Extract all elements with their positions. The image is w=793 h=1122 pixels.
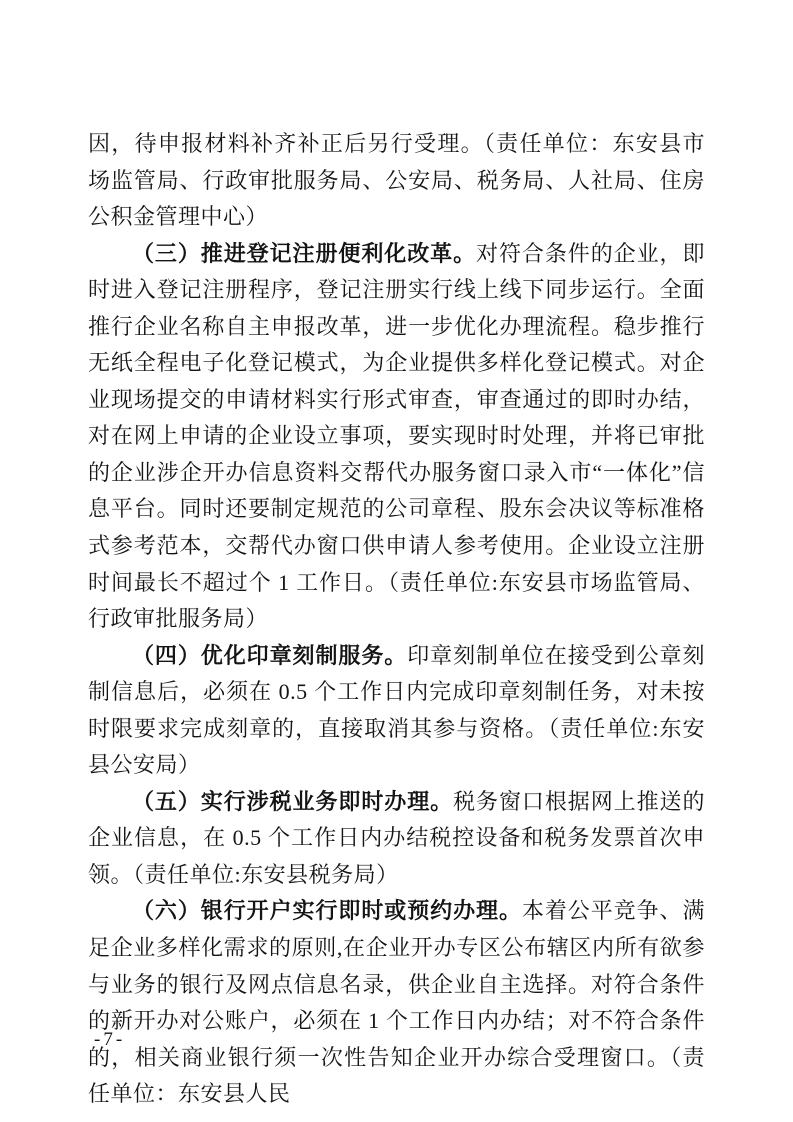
document-body: 因，待申报材料补齐补正后另行受理。（责任单位：东安县市场监管局、行政审批服务局、… xyxy=(88,126,705,1113)
paragraph-section-5: （五）实行涉税业务即时办理。税务窗口根据网上推送的企业信息，在 0.5 个工作日… xyxy=(88,784,705,894)
paragraph-section-4: （四）优化印章刻制服务。印章刻制单位在接受到公章刻制信息后，必须在 0.5 个工… xyxy=(88,638,705,784)
section-heading: （三）推进登记注册便利化改革。 xyxy=(132,241,476,266)
section-heading: （四）优化印章刻制服务。 xyxy=(132,643,407,668)
section-heading: （五）实行涉税业务即时办理。 xyxy=(132,789,453,814)
paragraph-section-3: （三）推进登记注册便利化改革。对符合条件的企业，即时进入登记注册程序，登记注册实… xyxy=(88,236,705,638)
paragraph-text: 对符合条件的企业，即时进入登记注册程序，登记注册实行线上线下同步运行。全面推行企… xyxy=(88,241,705,631)
paragraph-text: 本着公平竞争、满足企业多样化需求的原则,在企业开办专区公布辖区内所有欲参与业务的… xyxy=(88,898,705,1106)
paragraph-section-6: （六）银行开户实行即时或预约办理。本着公平竞争、满足企业多样化需求的原则,在企业… xyxy=(88,893,705,1112)
paragraph-continuation: 因，待申报材料补齐补正后另行受理。（责任单位：东安县市场监管局、行政审批服务局、… xyxy=(88,126,705,236)
page-number: -7- xyxy=(94,1029,125,1051)
paragraph-text: 因，待申报材料补齐补正后另行受理。（责任单位：东安县市场监管局、行政审批服务局、… xyxy=(88,131,705,229)
section-heading: （六）银行开户实行即时或预约办理。 xyxy=(132,898,522,923)
document-page: 因，待申报材料补齐补正后另行受理。（责任单位：东安县市场监管局、行政审批服务局、… xyxy=(0,0,793,1122)
